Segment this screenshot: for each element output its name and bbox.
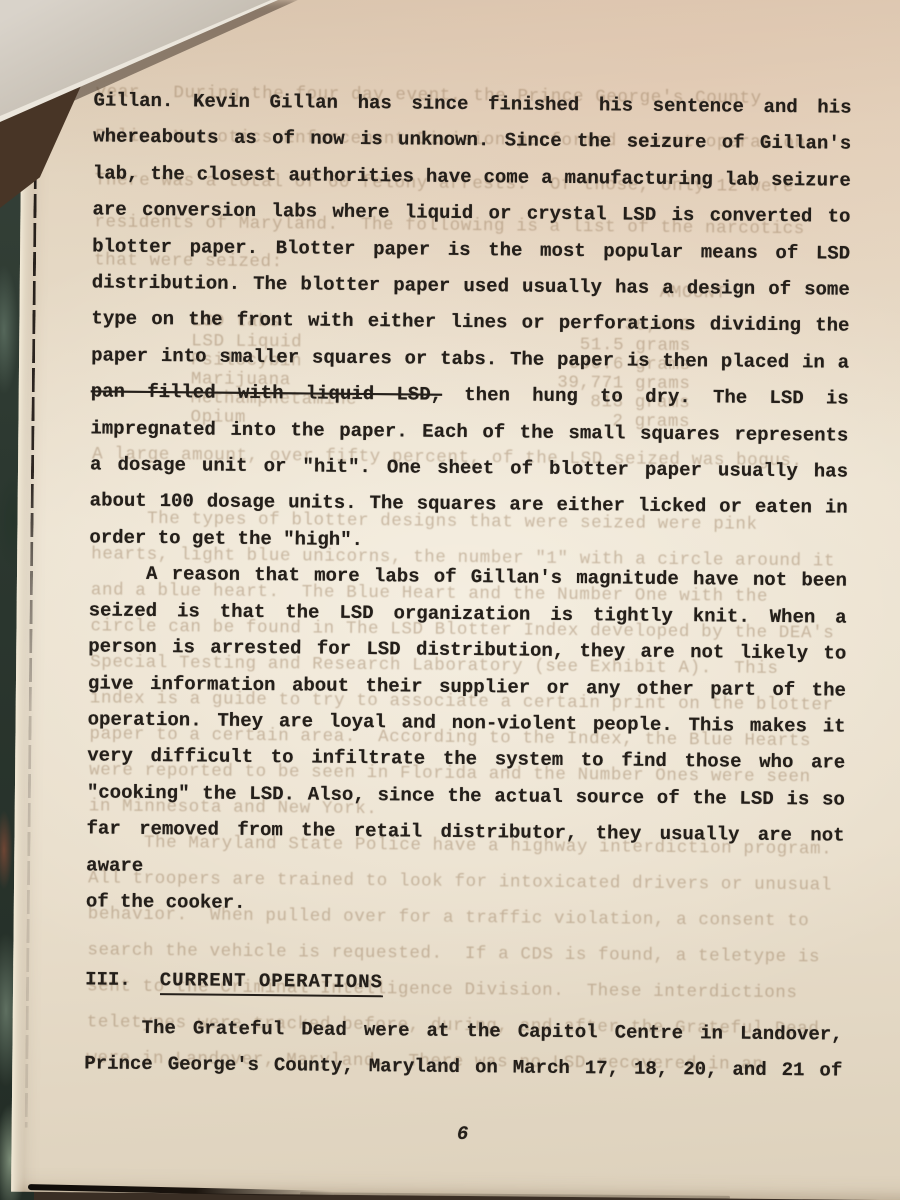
section-heading: III.CURRENT OPERATIONS: [85, 962, 843, 1006]
body-line: far removed from the retail distributor,…: [86, 810, 845, 890]
section-title: CURRENT OPERATIONS: [160, 969, 383, 997]
document-page: year. During the four day event, the Pri…: [11, 0, 900, 1200]
typed-text-block: Gillan. Kevin Gillan has since finished …: [84, 82, 852, 1155]
section-numeral: III.: [85, 969, 131, 991]
body-line: Prince George's County, Maryland on Marc…: [84, 1046, 842, 1090]
page-number: 6: [84, 1112, 842, 1156]
body-line: of the cooker.: [86, 883, 844, 927]
struck-text: pan filled with liquid LSD,: [91, 381, 443, 406]
body-line-rest: then hung to dry. The LSD is: [442, 384, 849, 410]
